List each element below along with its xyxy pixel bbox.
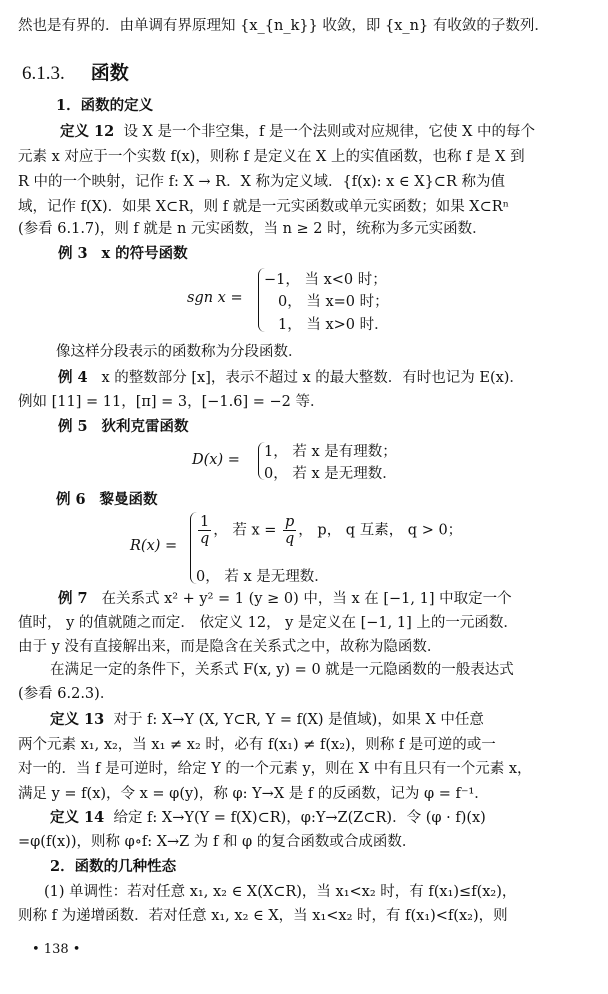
ex3-title: x 的符号函数 [101,245,187,262]
ex3-after: 像这样分段表示的函数称为分段函数． [56,342,303,362]
def12-line-4: (参看 6.1.7)，则 f 就是 n 元实函数，当 n ≥ 2 时，统称为多元… [18,219,487,239]
ex3-lhs: sgn x = [187,290,243,306]
ex6-title: 黎曼函数 [99,491,157,508]
ex7-line-2: 由于 y 没有直接解出来，而是隐含在关系式之中，故称为隐函数． [18,637,441,657]
prop1-line-1: 则称 f 为递增函数．若对任意 x₁, x₂ ∈ X，当 x₁<x₂ 时，有 f… [18,906,508,926]
prop1-line-0: (1) 单调性：若对任意 x₁, x₂ ∈ X(X⊂R)，当 x₁<x₂ 时，有… [44,882,516,902]
page-number: • 138 • [32,942,80,957]
ex6-label: 例 6 [56,491,86,508]
def13-line-2: 对一的．当 f 是可逆时，给定 Y 的一个元素 y，则在 X 中有且只有一个元素… [18,759,532,779]
top-line: 然也是有界的．由单调有界原理知 {x_{n_k}} 收敛，即 {x_n} 有收敛… [18,16,549,36]
ex3-heading: 例 3 x 的符号函数 [58,244,188,264]
ex3-case-1: 0， 当 x=0 时； [278,290,389,311]
ex4-line-1: 例如 [11] = 11，[π] = 3，[−1.6] = −2 等． [18,392,325,412]
fraction-1-over-q: 1q [198,514,211,547]
ex5-case-1: 0， 若 x 是无理数． [264,462,397,483]
def14-line-0: 定义 14 给定 f: X→Y(Y = f(X)⊂R)，φ:Y→Z(Z⊂R)．令… [50,808,486,828]
def12-line-3: 域，记作 f(X)．如果 X⊂R，则 f 就是一元实函数或单元实函数；如果 X⊂… [18,197,509,217]
subsection-2-heading: 2．函数的几种性态 [50,857,176,877]
def12-line-0: 定义 12 设 X 是一个非空集，f 是一个法则或对应规律，它使 X 中的每个 [60,122,535,142]
def13-line-0: 定义 13 对于 f: X→Y (X, Y⊂R, Y = f(X) 是值域)，如… [50,710,484,730]
ex7-label: 例 7 [58,590,88,607]
subsection-1-heading: 1．函数的定义 [56,96,153,116]
ex6-heading: 例 6 黎曼函数 [56,490,157,510]
def13-line-3: 满足 y = f(x)，令 x = φ(y)，称 φ: Y→X 是 f 的反函数… [18,784,489,804]
ex7-line-1: 值时， y 的值就随之而定． 依定义 12， y 是定义在 [−1, 1] 上的… [18,613,518,633]
ex7-line-4: (参看 6.2.3)． [18,684,114,704]
section-title: 函数 [91,63,129,84]
def13-line-1: 两个元素 x₁, x₂，当 x₁ ≠ x₂ 时，必有 f(x₁) ≠ f(x₂)… [18,735,496,755]
ex6-case-1: 0， 若 x 是无理数． [196,565,329,586]
fraction-p-over-q: pq [283,514,296,547]
def12-line-1: 元素 x 对应于一个实数 f(x)，则称 f 是定义在 X 上的实值函数，也称 … [18,147,525,167]
ex5-title: 狄利克雷函数 [101,418,188,435]
def13-label: 定义 13 [50,711,104,728]
ex6-lhs: R(x) = [130,538,177,554]
section-number: 6.1.3. [22,63,65,84]
ex3-case-0: −1， 当 x<0 时； [264,268,387,289]
ex5-label: 例 5 [58,418,88,435]
ex4-line-0: 例 4 x 的整数部分 [x]，表示不超过 x 的最大整数．有时也记为 E(x)… [58,368,524,388]
ex3-case-2: 1， 当 x>0 时． [278,313,389,334]
ex3-label: 例 3 [58,245,88,262]
section-heading: 6.1.3.函数 [22,58,129,85]
ex5-heading: 例 5 狄利克雷函数 [58,417,188,437]
def14-line-1: =φ(f(x))，则称 φ∘f: X→Z 为 f 和 φ 的复合函数或合成函数． [18,832,416,852]
def14-label: 定义 14 [50,809,104,826]
ex5-case-0: 1， 若 x 是有理数； [264,440,397,461]
def12-label: 定义 12 [60,123,114,140]
def12-line-2: R 中的一个映射，记作 f: X → R．X 称为定义域．{f(x): x ∈ … [18,172,505,192]
ex4-label: 例 4 [58,369,88,386]
ex6-case-0: 1q， 若 x = pq， p， q 互素， q > 0； [196,514,462,547]
ex7-line-0: 例 7 在关系式 x² + y² = 1 (y ≥ 0) 中，当 x 在 [−1… [58,589,512,609]
ex7-line-3: 在满足一定的条件下，关系式 F(x, y) = 0 就是一元隐函数的一般表达式 [50,660,514,680]
ex5-lhs: D(x) = [192,452,240,468]
